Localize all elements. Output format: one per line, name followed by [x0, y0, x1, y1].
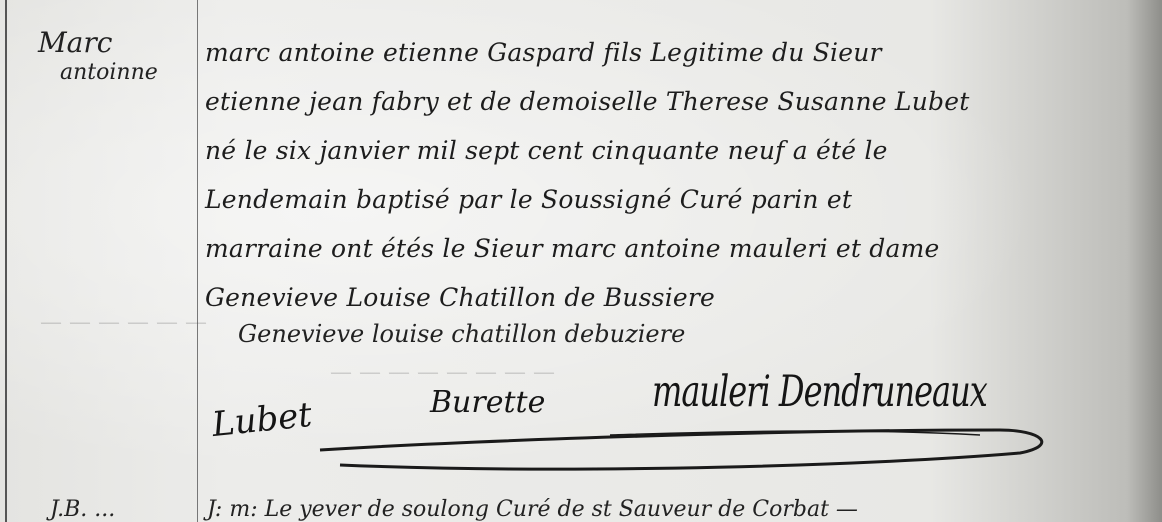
entry-body: marc antoine etienne Gaspard fils Legiti…	[205, 28, 1150, 322]
register-page: — — — — — — — — — — — — — — Marc antoinn…	[0, 0, 1162, 522]
godmother-signature: Genevieve louise chatillon debuziere	[238, 320, 685, 348]
page-edge-rule	[5, 0, 7, 522]
margin-rule	[197, 0, 198, 522]
signature-burette: Burette	[430, 385, 545, 420]
margin-note-line-1: Marc	[38, 28, 188, 58]
next-entry-line: J.B. ... J: m: Le yever de soulong Curé …	[50, 497, 858, 522]
entry-line: marc antoine etienne Gaspard fils Legiti…	[205, 28, 1150, 77]
next-entry-margin: J.B. ...	[50, 497, 200, 522]
entry-line: né le six janvier mil sept cent cinquant…	[205, 126, 1150, 175]
bleed-through-text: — — — — — —	[40, 310, 207, 335]
signature-flourish	[280, 405, 1080, 485]
entry-line: marraine ont étés le Sieur marc antoine …	[205, 224, 1150, 273]
entry-line: Genevieve Louise Chatillon de Bussiere	[205, 273, 1150, 322]
bleed-through-text: — — — — — — — —	[330, 360, 555, 385]
entry-line: etienne jean fabry et de demoiselle Ther…	[205, 77, 1150, 126]
next-entry-text: J: m: Le yever de soulong Curé de st Sau…	[207, 497, 858, 522]
margin-note-line-2: antoinne	[38, 58, 188, 88]
margin-note: Marc antoinne	[38, 28, 188, 88]
signature-mauleri: mauleri Dendruneaux	[652, 365, 987, 416]
entry-line: Lendemain baptisé par le Soussigné Curé …	[205, 175, 1150, 224]
